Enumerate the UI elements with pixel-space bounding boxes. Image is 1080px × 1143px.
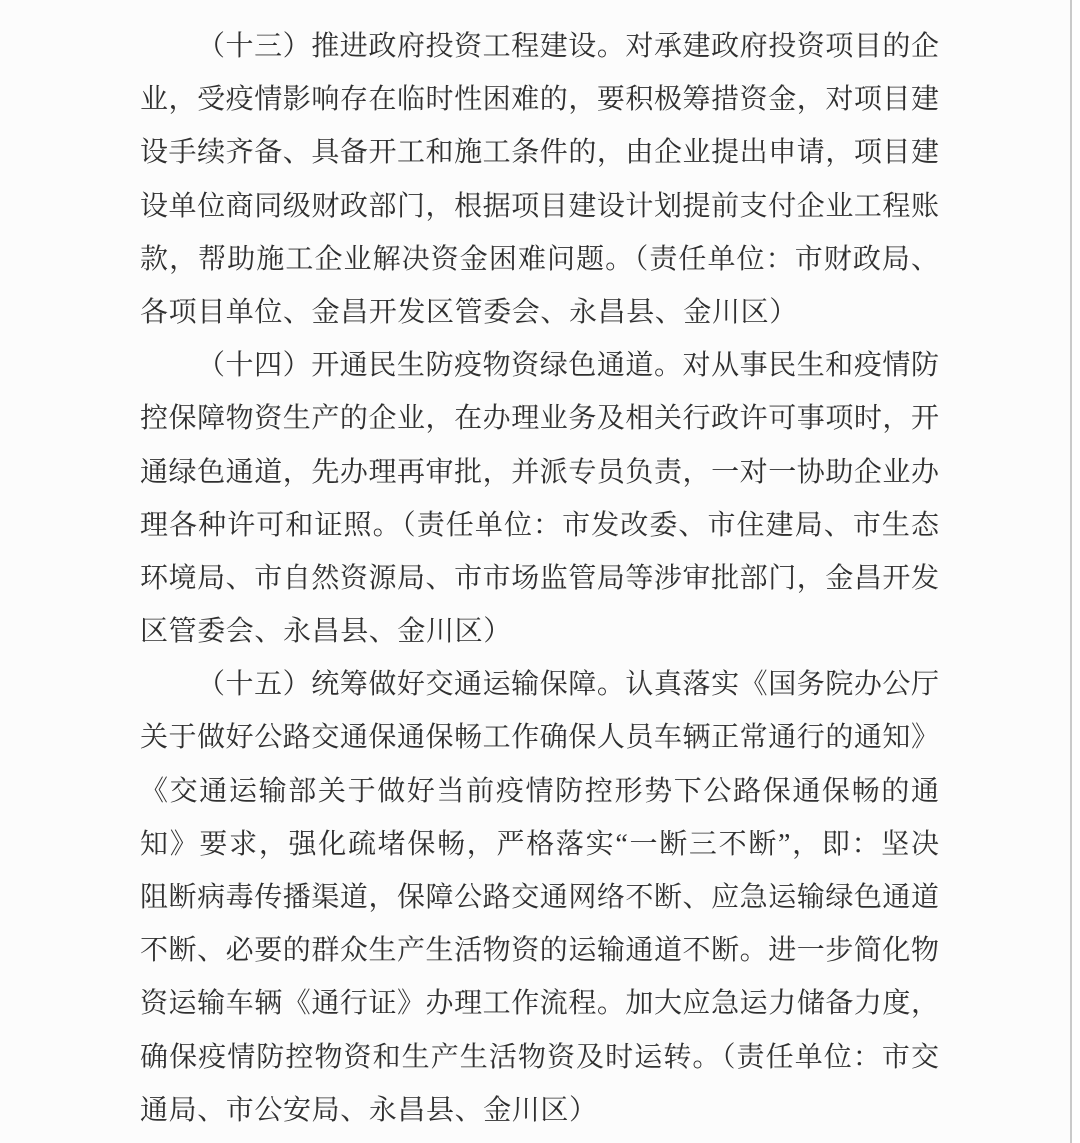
text-line: 通绿色通道，先办理再审批，并派专员负责，一对一协助企业办 [140,446,939,499]
text-line: 资运输车辆《通行证》办理工作流程。加大应急运力储备力度， [140,977,939,1030]
text-line: 区管委会、永昌县、金川区） [140,605,939,658]
text-line: 确保疫情防控物资和生产生活物资及时运转。（责任单位：市交 [140,1031,939,1084]
text-line: 业，受疫情影响存在临时性困难的，要积极筹措资金，对项目建 [140,73,939,126]
text-line: 设手续齐备、具备开工和施工条件的，由企业提出申请，项目建 [140,126,939,179]
text-line: 关于做好公路交通保通保畅工作确保人员车辆正常通行的通知》 [140,711,939,764]
text-line: （十四）开通民生防疫物资绿色通道。对从事民生和疫情防 [140,339,939,392]
page-edge-line [1070,0,1072,1143]
text-line: 环境局、市自然资源局、市市场监管局等涉审批部门，金昌开发 [140,552,939,605]
text-line: 设单位商同级财政部门，根据项目建设计划提前支付企业工程账 [140,180,939,233]
text-line: （十五）统筹做好交通运输保障。认真落实《国务院办公厅 [140,658,939,711]
text-line: 控保障物资生产的企业，在办理业务及相关行政许可事项时，开 [140,392,939,445]
page-edge-gutter [1072,0,1080,1143]
text-line: 款，帮助施工企业解决资金困难问题。（责任单位：市财政局、 [140,233,939,286]
text-line: 通局、市公安局、永昌县、金川区） [140,1084,939,1137]
text-line: 不断、必要的群众生产生活物资的运输通道不断。进一步简化物 [140,924,939,977]
text-line: （十三）推进政府投资工程建设。对承建政府投资项目的企 [140,20,939,73]
text-line: 理各种许可和证照。（责任单位：市发改委、市住建局、市生态 [140,499,939,552]
text-line: 《交通运输部关于做好当前疫情防控形势下公路保通保畅的通 [140,765,939,818]
page: { "page": { "background_color": "#fcfcfc… [0,0,1080,1143]
document-page: （十三）推进政府投资工程建设。对承建政府投资项目的企业，受疫情影响存在临时性困难… [0,0,1080,1143]
document-text: （十三）推进政府投资工程建设。对承建政府投资项目的企业，受疫情影响存在临时性困难… [140,20,939,1137]
text-line: 各项目单位、金昌开发区管委会、永昌县、金川区） [140,286,939,339]
text-line: 知》要求，强化疏堵保畅，严格落实“一断三不断”，即：坚决 [140,818,939,871]
text-line: 阻断病毒传播渠道，保障公路交通网络不断、应急运输绿色通道 [140,871,939,924]
